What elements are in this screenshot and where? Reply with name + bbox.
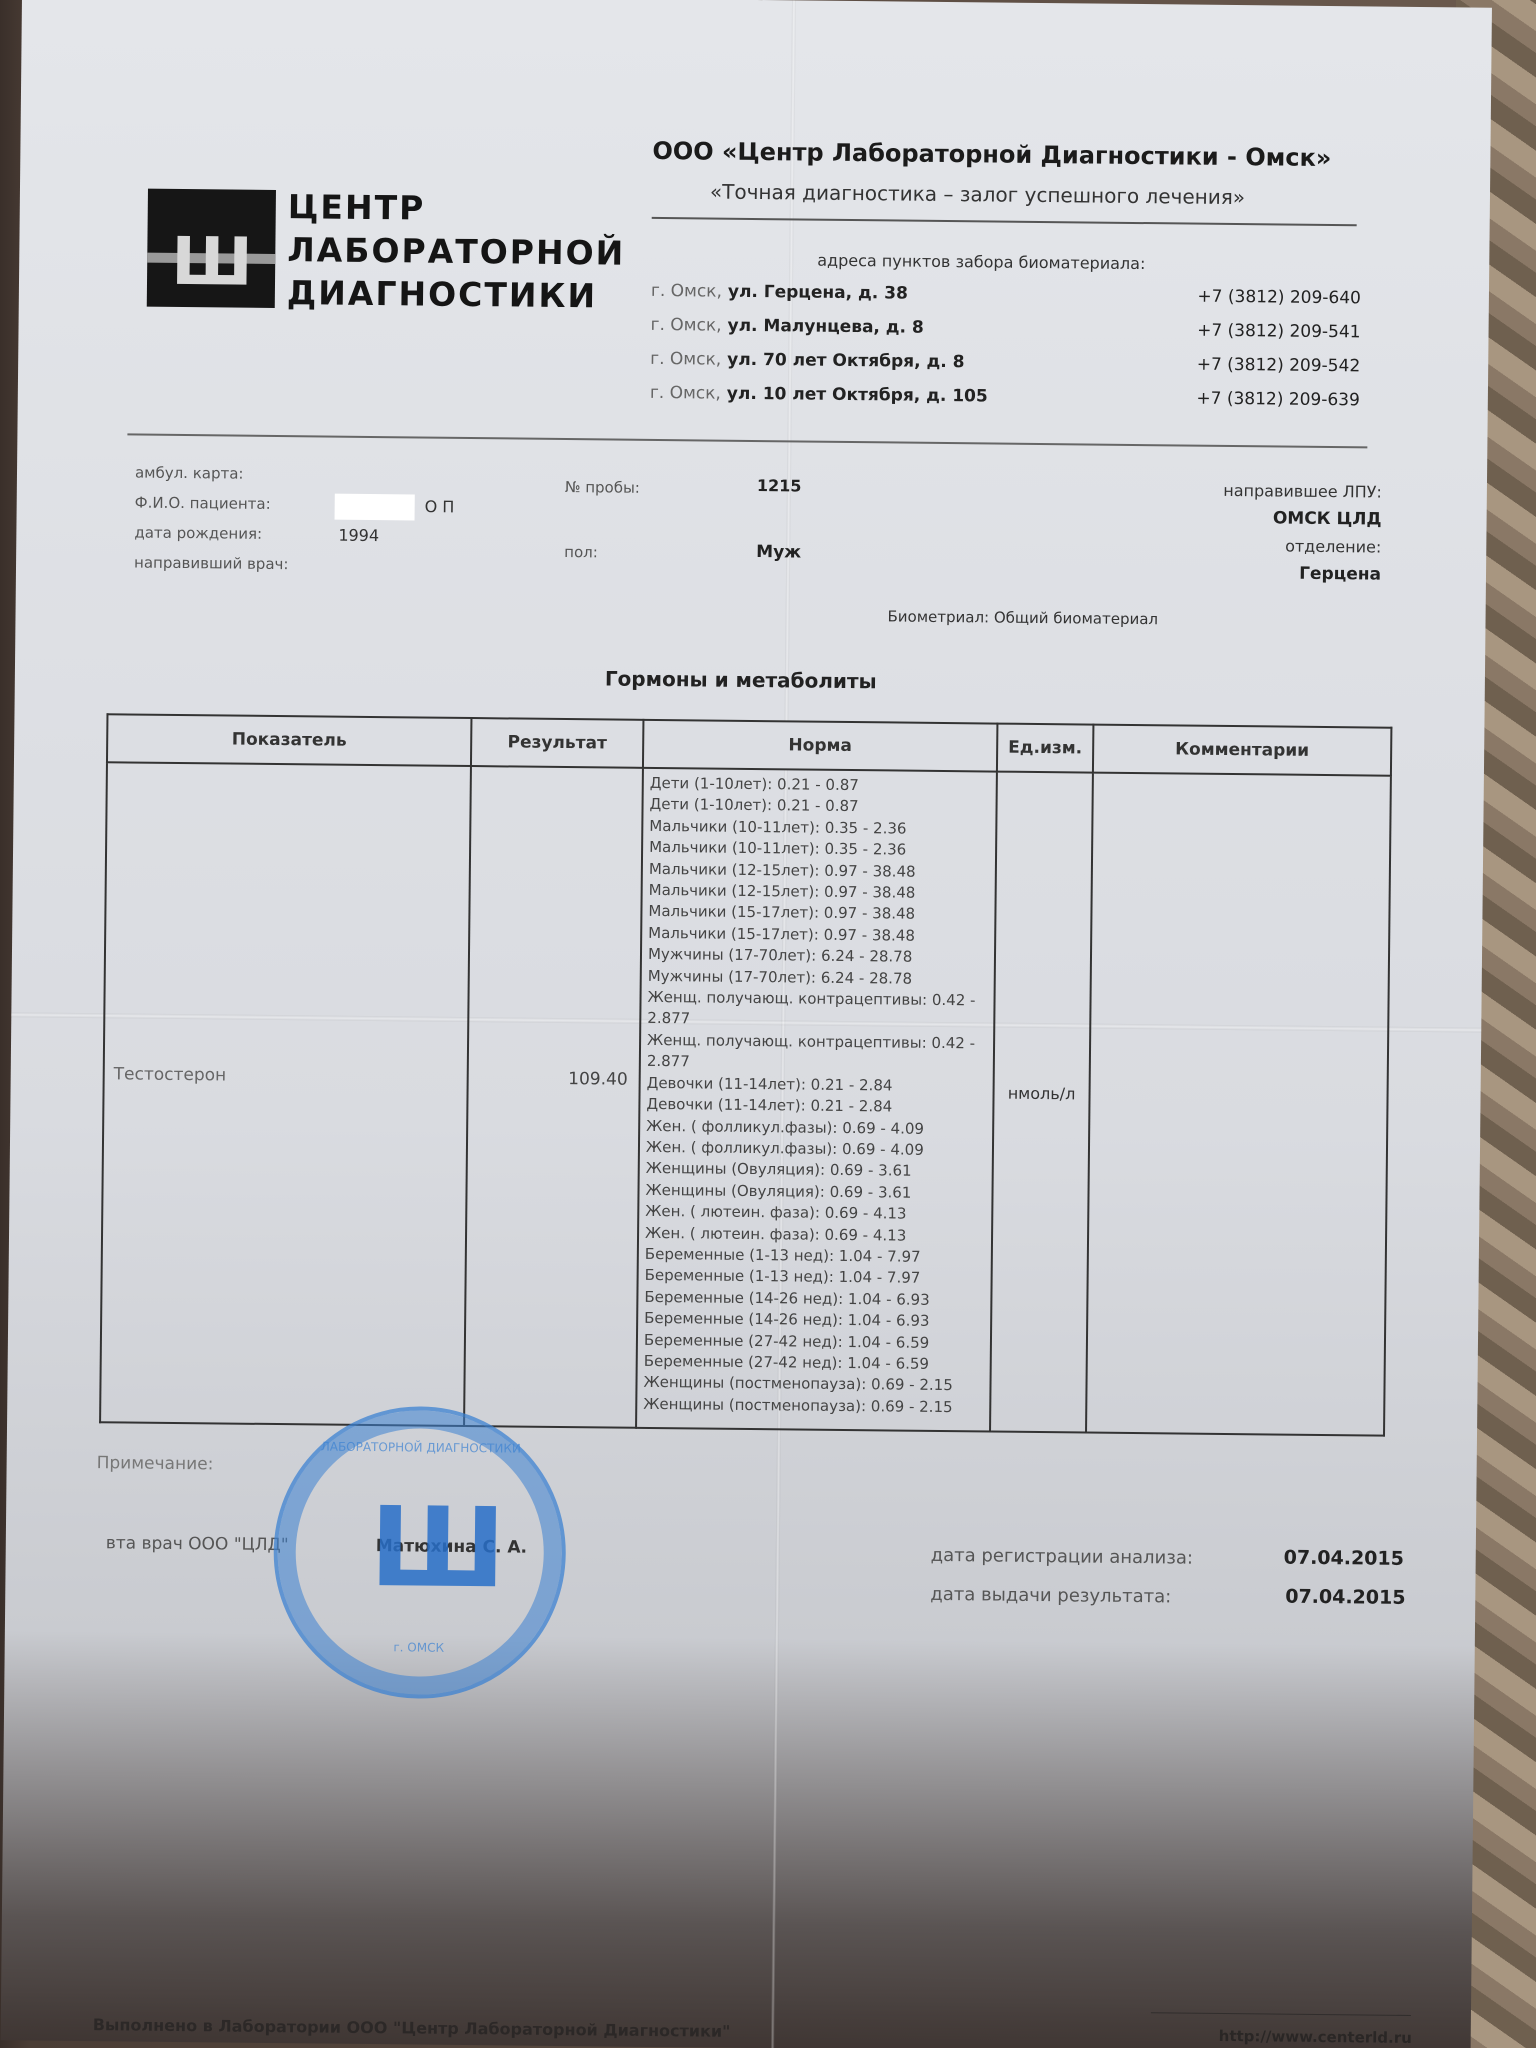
unit-cell: нмоль/л: [990, 772, 1093, 1433]
logo-wordmark: ЦЕНТР ЛАБОРАТОРНОЙ ДИАГНОСТИКИ: [287, 185, 626, 318]
note-label: Примечание:: [97, 1453, 214, 1474]
address-city: г. Омск,: [650, 383, 721, 404]
stamp-logo-icon: Ш: [369, 1492, 506, 1603]
official-stamp: ЛАБОРАТОРНОЙ ДИАГНОСТИКИ Ш г. ОМСК: [272, 1405, 567, 1700]
address-street: ул. 70 лет Октября, д. 8: [727, 350, 964, 372]
results-table: Показатель Результат Норма Ед.изм. Комме…: [99, 713, 1392, 1436]
addresses-title: адреса пунктов забора биоматериала:: [817, 251, 1145, 273]
lab-report-sheet: Ш ЦЕНТР ЛАБОРАТОРНОЙ ДИАГНОСТИКИ ООО «Це…: [1, 0, 1492, 2048]
redacted-name: [335, 494, 415, 521]
header-result: Результат: [471, 718, 643, 768]
table-row: Тестостерон 109.40 Дети (1-10лет): 0.21 …: [100, 762, 1391, 1435]
address-city: г. Омск,: [650, 349, 721, 370]
address-phone: +7 (3812) 209-640: [1197, 287, 1361, 309]
address-row: г. Омск,ул. 70 лет Октября, д. 8 +7 (381…: [650, 349, 1360, 376]
patient-name-label: Ф.И.О. пациента:: [135, 494, 271, 513]
logo-line-2: ЛАБОРАТОРНОЙ: [287, 228, 625, 275]
footer-divider: [1151, 2012, 1411, 2016]
logo-glyph: Ш: [171, 229, 253, 296]
norm-cell: Дети (1-10лет): 0.21 - 0.87Дети (1-10лет…: [636, 768, 997, 1432]
registration-date-value: 07.04.2015: [1284, 1547, 1404, 1570]
address-street: ул. Малунцева, д. 8: [727, 316, 923, 338]
norm-list: Дети (1-10лет): 0.21 - 0.87Дети (1-10лет…: [643, 773, 990, 1419]
issue-date-label: дата выдачи результата:: [930, 1584, 1171, 1608]
address-phone: +7 (3812) 209-542: [1197, 355, 1361, 377]
address-row: г. Омск,ул. 10 лет Октября, д. 105 +7 (3…: [650, 383, 1360, 410]
header-indicator: Показатель: [107, 714, 471, 766]
norm-line: Женщ. получающ. контрацептивы: 0.42 - 2.…: [647, 987, 987, 1033]
result-cell: 109.40: [464, 766, 643, 1428]
organization-name: ООО «Центр Лабораторной Диагностики - Ом…: [652, 137, 1331, 172]
registration-date-label: дата регистрации анализа:: [931, 1545, 1193, 1569]
address-row: г. Омск,ул. Герцена, д. 38 +7 (3812) 209…: [651, 281, 1361, 308]
sample-number-label: № пробы:: [565, 478, 640, 497]
address-street: ул. 10 лет Октября, д. 105: [727, 384, 988, 407]
header-unit: Ед.изм.: [997, 724, 1093, 773]
sample-number-value: 1215: [757, 476, 802, 495]
address-city: г. Омск,: [651, 281, 722, 302]
logo-line-1: ЦЕНТР: [288, 185, 626, 232]
issue-date-value: 07.04.2015: [1285, 1586, 1405, 1609]
referring-doctor-label: направивший врач:: [134, 554, 289, 574]
page-footer-text: Выполнено в Лаборатории ООО "Центр Лабор…: [93, 2015, 731, 2041]
sex-value: Муж: [756, 542, 801, 562]
address-row: г. Омск,ул. Малунцева, д. 8 +7 (3812) 20…: [650, 315, 1360, 342]
header-comments: Комментарии: [1093, 725, 1391, 776]
sex-label: пол:: [564, 543, 598, 561]
header-norm: Норма: [643, 720, 997, 772]
address-city: г. Омск,: [650, 315, 721, 336]
norm-line: Мальчики (10-11лет): 0.35 - 2.36: [649, 837, 989, 862]
indicator-cell: Тестостерон: [100, 762, 471, 1426]
header-divider: [652, 217, 1357, 226]
unit-value: нмоль/л: [995, 774, 1090, 1104]
page-footer-url: http://www.centerld.ru: [1219, 2027, 1412, 2047]
comment-cell: [1086, 773, 1391, 1436]
stamp-top-text: ЛАБОРАТОРНОЙ ДИАГНОСТИКИ: [279, 1439, 563, 1456]
dob-label: дата рождения:: [134, 524, 262, 543]
result-value: 109.40: [470, 768, 641, 1090]
norm-line: Девочки (11-14лет): 0.21 - 2.84: [646, 1094, 986, 1119]
address-street: ул. Герцена, д. 38: [728, 282, 908, 304]
address-phone: +7 (3812) 209-541: [1197, 321, 1361, 343]
doctor-role: вта врач ООО "ЦЛД": [106, 1533, 289, 1555]
patient-name-value: О П: [335, 494, 455, 521]
department-label: отделение:: [981, 533, 1381, 556]
lpu-label: направившее ЛПУ:: [982, 478, 1382, 501]
norm-line: Женщ. получающ. контрацептивы: 0.42 - 2.…: [647, 1030, 987, 1076]
logo-line-3: ДИАГНОСТИКИ: [287, 271, 625, 318]
card-label: амбул. карта:: [135, 464, 244, 483]
norm-line: Беременные (14-26 нед): 1.04 - 6.93: [644, 1308, 984, 1333]
lab-logo-mark: Ш: [147, 189, 276, 308]
stamp-bottom-text: г. ОМСК: [277, 1639, 561, 1656]
biomaterial: Биометриал: Общий биоматериал: [887, 607, 1158, 628]
address-phone: +7 (3812) 209-639: [1196, 389, 1360, 411]
section-divider: [127, 433, 1367, 448]
lpu-value: ОМСК ЦЛД: [982, 505, 1382, 529]
dob-value: 1994: [338, 526, 379, 545]
indicator-name: Тестостерон: [106, 764, 469, 1088]
norm-line: Мужчины (17-70лет): 6.24 - 28.78: [648, 944, 988, 969]
patient-initials: О П: [425, 497, 455, 516]
referring-lpu-block: направившее ЛПУ: ОМСК ЦЛД отделение: Гер…: [981, 478, 1382, 584]
norm-line: Жен. ( лютеин. фаза): 0.69 - 4.13: [645, 1201, 985, 1226]
department-value: Герцена: [981, 560, 1381, 584]
section-title: Гормоны и метаболиты: [605, 666, 877, 693]
norm-line: Женщины (постменопауза): 0.69 - 2.15: [643, 1394, 983, 1419]
